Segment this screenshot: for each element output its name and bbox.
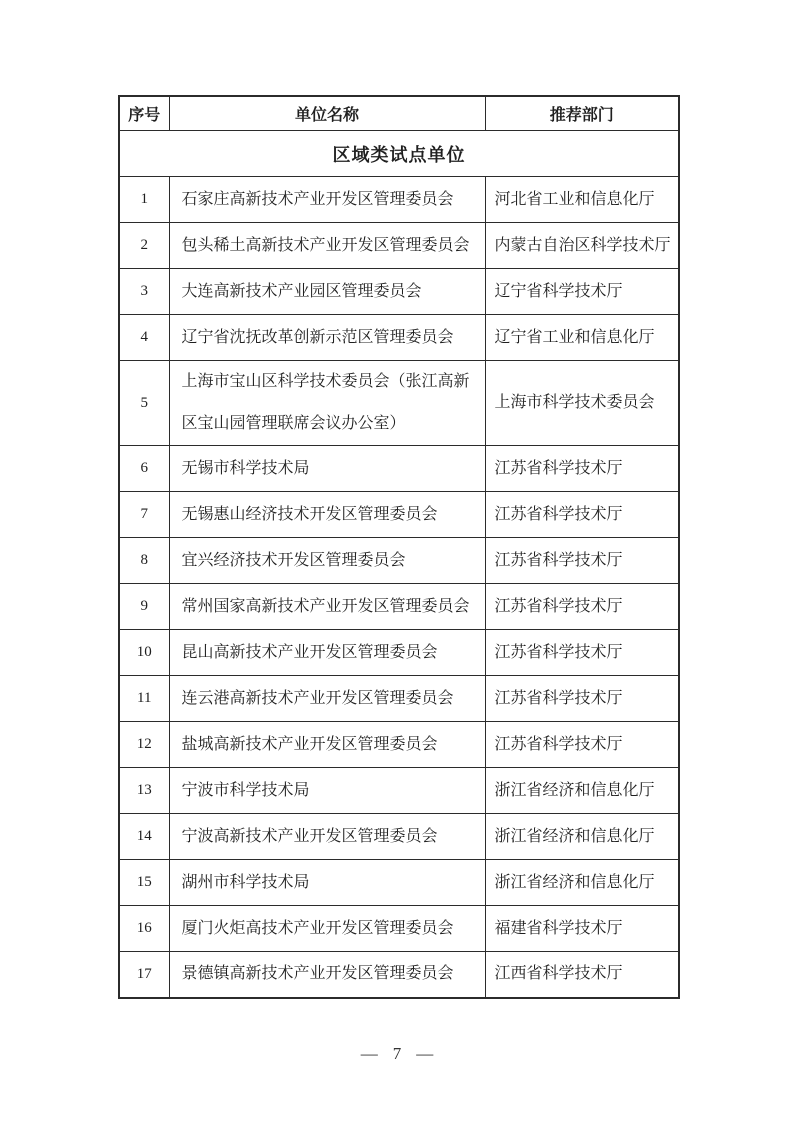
table-row: 1石家庄高新技术产业开发区管理委员会河北省工业和信息化厅 [119,177,679,223]
footer-right-dash: — [416,1044,433,1063]
footer-left-dash: — [361,1044,378,1063]
unit-name-cell: 上海市宝山区科学技术委员会（张江高新区宝山园管理联席会议办公室） [169,361,485,446]
column-header-number: 序号 [119,96,169,131]
row-number-cell: 12 [119,722,169,768]
table-row: 11连云港高新技术产业开发区管理委员会江苏省科学技术厅 [119,676,679,722]
unit-name-cell: 宜兴经济技术开发区管理委员会 [169,538,485,584]
recommending-dept-cell: 江苏省科学技术厅 [485,630,679,676]
recommending-dept-cell: 江苏省科学技术厅 [485,492,679,538]
recommending-dept-cell: 辽宁省科学技术厅 [485,269,679,315]
recommending-dept-cell: 福建省科学技术厅 [485,906,679,952]
unit-name-cell: 宁波市科学技术局 [169,768,485,814]
recommending-dept-cell: 江苏省科学技术厅 [485,538,679,584]
table-row: 13宁波市科学技术局浙江省经济和信息化厅 [119,768,679,814]
row-number-cell: 1 [119,177,169,223]
row-number-cell: 14 [119,814,169,860]
table-row: 10昆山高新技术产业开发区管理委员会江苏省科学技术厅 [119,630,679,676]
recommending-dept-cell: 河北省工业和信息化厅 [485,177,679,223]
table-row: 5上海市宝山区科学技术委员会（张江高新区宝山园管理联席会议办公室）上海市科学技术… [119,361,679,446]
recommending-dept-cell: 内蒙古自治区科学技术厅 [485,223,679,269]
unit-name-cell: 连云港高新技术产业开发区管理委员会 [169,676,485,722]
unit-name-cell: 常州国家高新技术产业开发区管理委员会 [169,584,485,630]
row-number-cell: 11 [119,676,169,722]
row-number-cell: 15 [119,860,169,906]
row-number-cell: 6 [119,446,169,492]
recommending-dept-cell: 辽宁省工业和信息化厅 [485,315,679,361]
table-row: 16厦门火炬高技术产业开发区管理委员会福建省科学技术厅 [119,906,679,952]
unit-name-cell: 包头稀土高新技术产业开发区管理委员会 [169,223,485,269]
table-row: 9常州国家高新技术产业开发区管理委员会江苏省科学技术厅 [119,584,679,630]
recommending-dept-cell: 江苏省科学技术厅 [485,446,679,492]
row-number-cell: 5 [119,361,169,446]
unit-name-cell: 大连高新技术产业园区管理委员会 [169,269,485,315]
recommending-dept-cell: 江苏省科学技术厅 [485,676,679,722]
table-row: 17景德镇高新技术产业开发区管理委员会江西省科学技术厅 [119,952,679,998]
unit-name-cell: 盐城高新技术产业开发区管理委员会 [169,722,485,768]
unit-name-cell: 石家庄高新技术产业开发区管理委员会 [169,177,485,223]
table-header-row: 序号 单位名称 推荐部门 [119,96,679,131]
recommending-dept-cell: 浙江省经济和信息化厅 [485,860,679,906]
unit-name-cell: 无锡惠山经济技术开发区管理委员会 [169,492,485,538]
row-number-cell: 2 [119,223,169,269]
row-number-cell: 10 [119,630,169,676]
table-row: 6无锡市科学技术局江苏省科学技术厅 [119,446,679,492]
unit-name-cell: 宁波高新技术产业开发区管理委员会 [169,814,485,860]
unit-name-cell: 景德镇高新技术产业开发区管理委员会 [169,952,485,998]
document-page: 序号 单位名称 推荐部门 区域类试点单位 1石家庄高新技术产业开发区管理委员会河… [0,0,794,1123]
unit-name-cell: 湖州市科学技术局 [169,860,485,906]
row-number-cell: 17 [119,952,169,998]
unit-name-cell: 昆山高新技术产业开发区管理委员会 [169,630,485,676]
recommending-dept-cell: 浙江省经济和信息化厅 [485,768,679,814]
column-header-recommending-dept: 推荐部门 [485,96,679,131]
row-number-cell: 7 [119,492,169,538]
row-number-cell: 4 [119,315,169,361]
row-number-cell: 9 [119,584,169,630]
unit-name-cell: 无锡市科学技术局 [169,446,485,492]
table-row: 3大连高新技术产业园区管理委员会辽宁省科学技术厅 [119,269,679,315]
table-row: 7无锡惠山经济技术开发区管理委员会江苏省科学技术厅 [119,492,679,538]
table-row: 8宜兴经济技术开发区管理委员会江苏省科学技术厅 [119,538,679,584]
table-row: 15湖州市科学技术局浙江省经济和信息化厅 [119,860,679,906]
recommending-dept-cell: 浙江省经济和信息化厅 [485,814,679,860]
page-number: 7 [393,1044,402,1063]
row-number-cell: 8 [119,538,169,584]
section-title: 区域类试点单位 [119,131,679,177]
table-row: 2包头稀土高新技术产业开发区管理委员会内蒙古自治区科学技术厅 [119,223,679,269]
recommending-dept-cell: 上海市科学技术委员会 [485,361,679,446]
table-row: 14宁波高新技术产业开发区管理委员会浙江省经济和信息化厅 [119,814,679,860]
pilot-units-table: 序号 单位名称 推荐部门 区域类试点单位 1石家庄高新技术产业开发区管理委员会河… [118,95,680,999]
recommending-dept-cell: 江苏省科学技术厅 [485,584,679,630]
table-row: 4辽宁省沈抚改革创新示范区管理委员会辽宁省工业和信息化厅 [119,315,679,361]
section-header-row: 区域类试点单位 [119,131,679,177]
unit-name-cell: 厦门火炬高技术产业开发区管理委员会 [169,906,485,952]
column-header-unit-name: 单位名称 [169,96,485,131]
table-row: 12盐城高新技术产业开发区管理委员会江苏省科学技术厅 [119,722,679,768]
row-number-cell: 3 [119,269,169,315]
recommending-dept-cell: 江西省科学技术厅 [485,952,679,998]
recommending-dept-cell: 江苏省科学技术厅 [485,722,679,768]
table-body: 1石家庄高新技术产业开发区管理委员会河北省工业和信息化厅2包头稀土高新技术产业开… [119,177,679,998]
row-number-cell: 13 [119,768,169,814]
page-footer: —7— [0,1044,794,1064]
unit-name-cell: 辽宁省沈抚改革创新示范区管理委员会 [169,315,485,361]
row-number-cell: 16 [119,906,169,952]
